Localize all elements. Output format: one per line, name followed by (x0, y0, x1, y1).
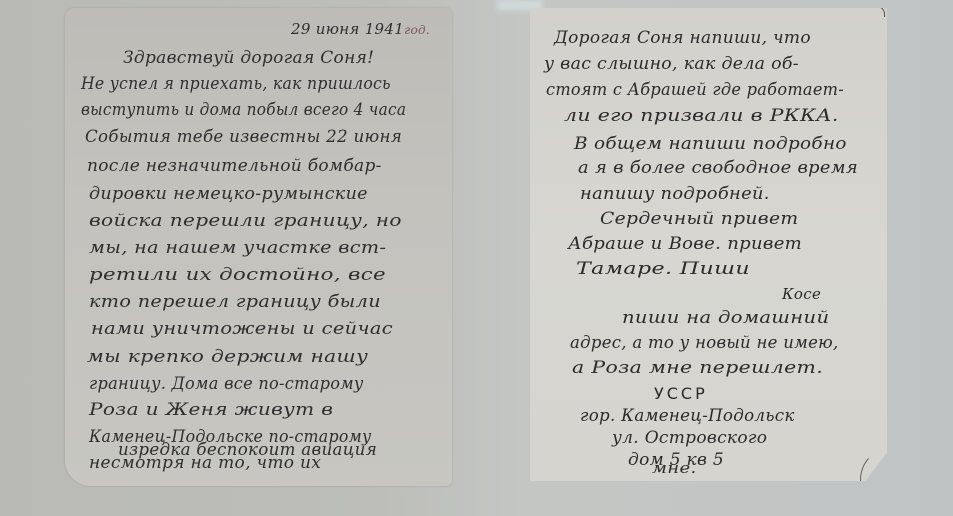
letter-page-right: Дорогая Соня напиши, что у вас слышно, к… (530, 8, 887, 481)
letter-line: Тамаре. Пиши (576, 259, 750, 279)
letter-line: выступить и дома побыл всего 4 часа (81, 100, 406, 120)
page-curled-corner (860, 450, 887, 481)
letter-line: События тебе известны 22 июня (85, 127, 402, 147)
letter-line: стоят с Абрашей где работает- (546, 80, 844, 100)
letter-line: ретили их достойно, все (89, 265, 386, 285)
letter-line: у вас слышно, как дела об- (544, 54, 799, 74)
letter-greeting: Здравствуй дорогая Соня! (123, 48, 374, 68)
address-line: гор. Каменец-Подольск (580, 406, 795, 426)
letter-line: границу. Дома все по-старому (89, 374, 364, 394)
letter-line: кто перешел границу были (89, 292, 381, 312)
letter-line: мы крепко держим нашу (87, 347, 368, 367)
letter-line: Сердечный привет (600, 209, 798, 229)
letter-line: Косе (782, 285, 821, 303)
letter-page-left: 29 июня 1941год. Здравствуй дорогая Соня… (65, 8, 452, 486)
letter-line: Абраше и Вове. привет (568, 234, 802, 254)
letter-line: Роза и Женя живут в (89, 400, 333, 420)
letter-line: а я в более свободное время (578, 158, 858, 178)
address-line: УССР (654, 384, 708, 403)
letter-line: после незначительной бомбар- (87, 156, 382, 176)
letter-line: войска перешли границу, но (89, 211, 402, 231)
letter-line-last-left: изредка беспокоит авиация (118, 440, 377, 460)
address-line: мне. (652, 459, 697, 477)
letter-line: пиши на домашний (622, 308, 829, 328)
letter-line: мы, на нашем участке вст- (89, 238, 386, 258)
letter-line: напишу подробней. (580, 184, 770, 204)
letter-line: Дорогая Соня напиши, что (554, 28, 811, 48)
date-text: 29 июня 1941 (291, 20, 404, 38)
letter-date: 29 июня 1941год. (291, 20, 430, 38)
letter-line: дировки немецко-румынские (89, 184, 368, 204)
letter-line: В общем напиши подробно (574, 134, 847, 154)
letter-line: Не успел я приехать, как пришлось (81, 74, 391, 94)
letter-line: а Роза мне перешлет. (572, 358, 823, 378)
address-line: ул. Островского (612, 428, 767, 448)
letter-line: нами уничтожены и сейчас (91, 319, 393, 339)
page-corner-mark (872, 6, 885, 17)
date-suffix: год. (404, 23, 430, 37)
letter-line: ли его призвали в РККА. (564, 106, 839, 126)
letter-line: адрес, а то у новый не имею, (570, 333, 839, 353)
